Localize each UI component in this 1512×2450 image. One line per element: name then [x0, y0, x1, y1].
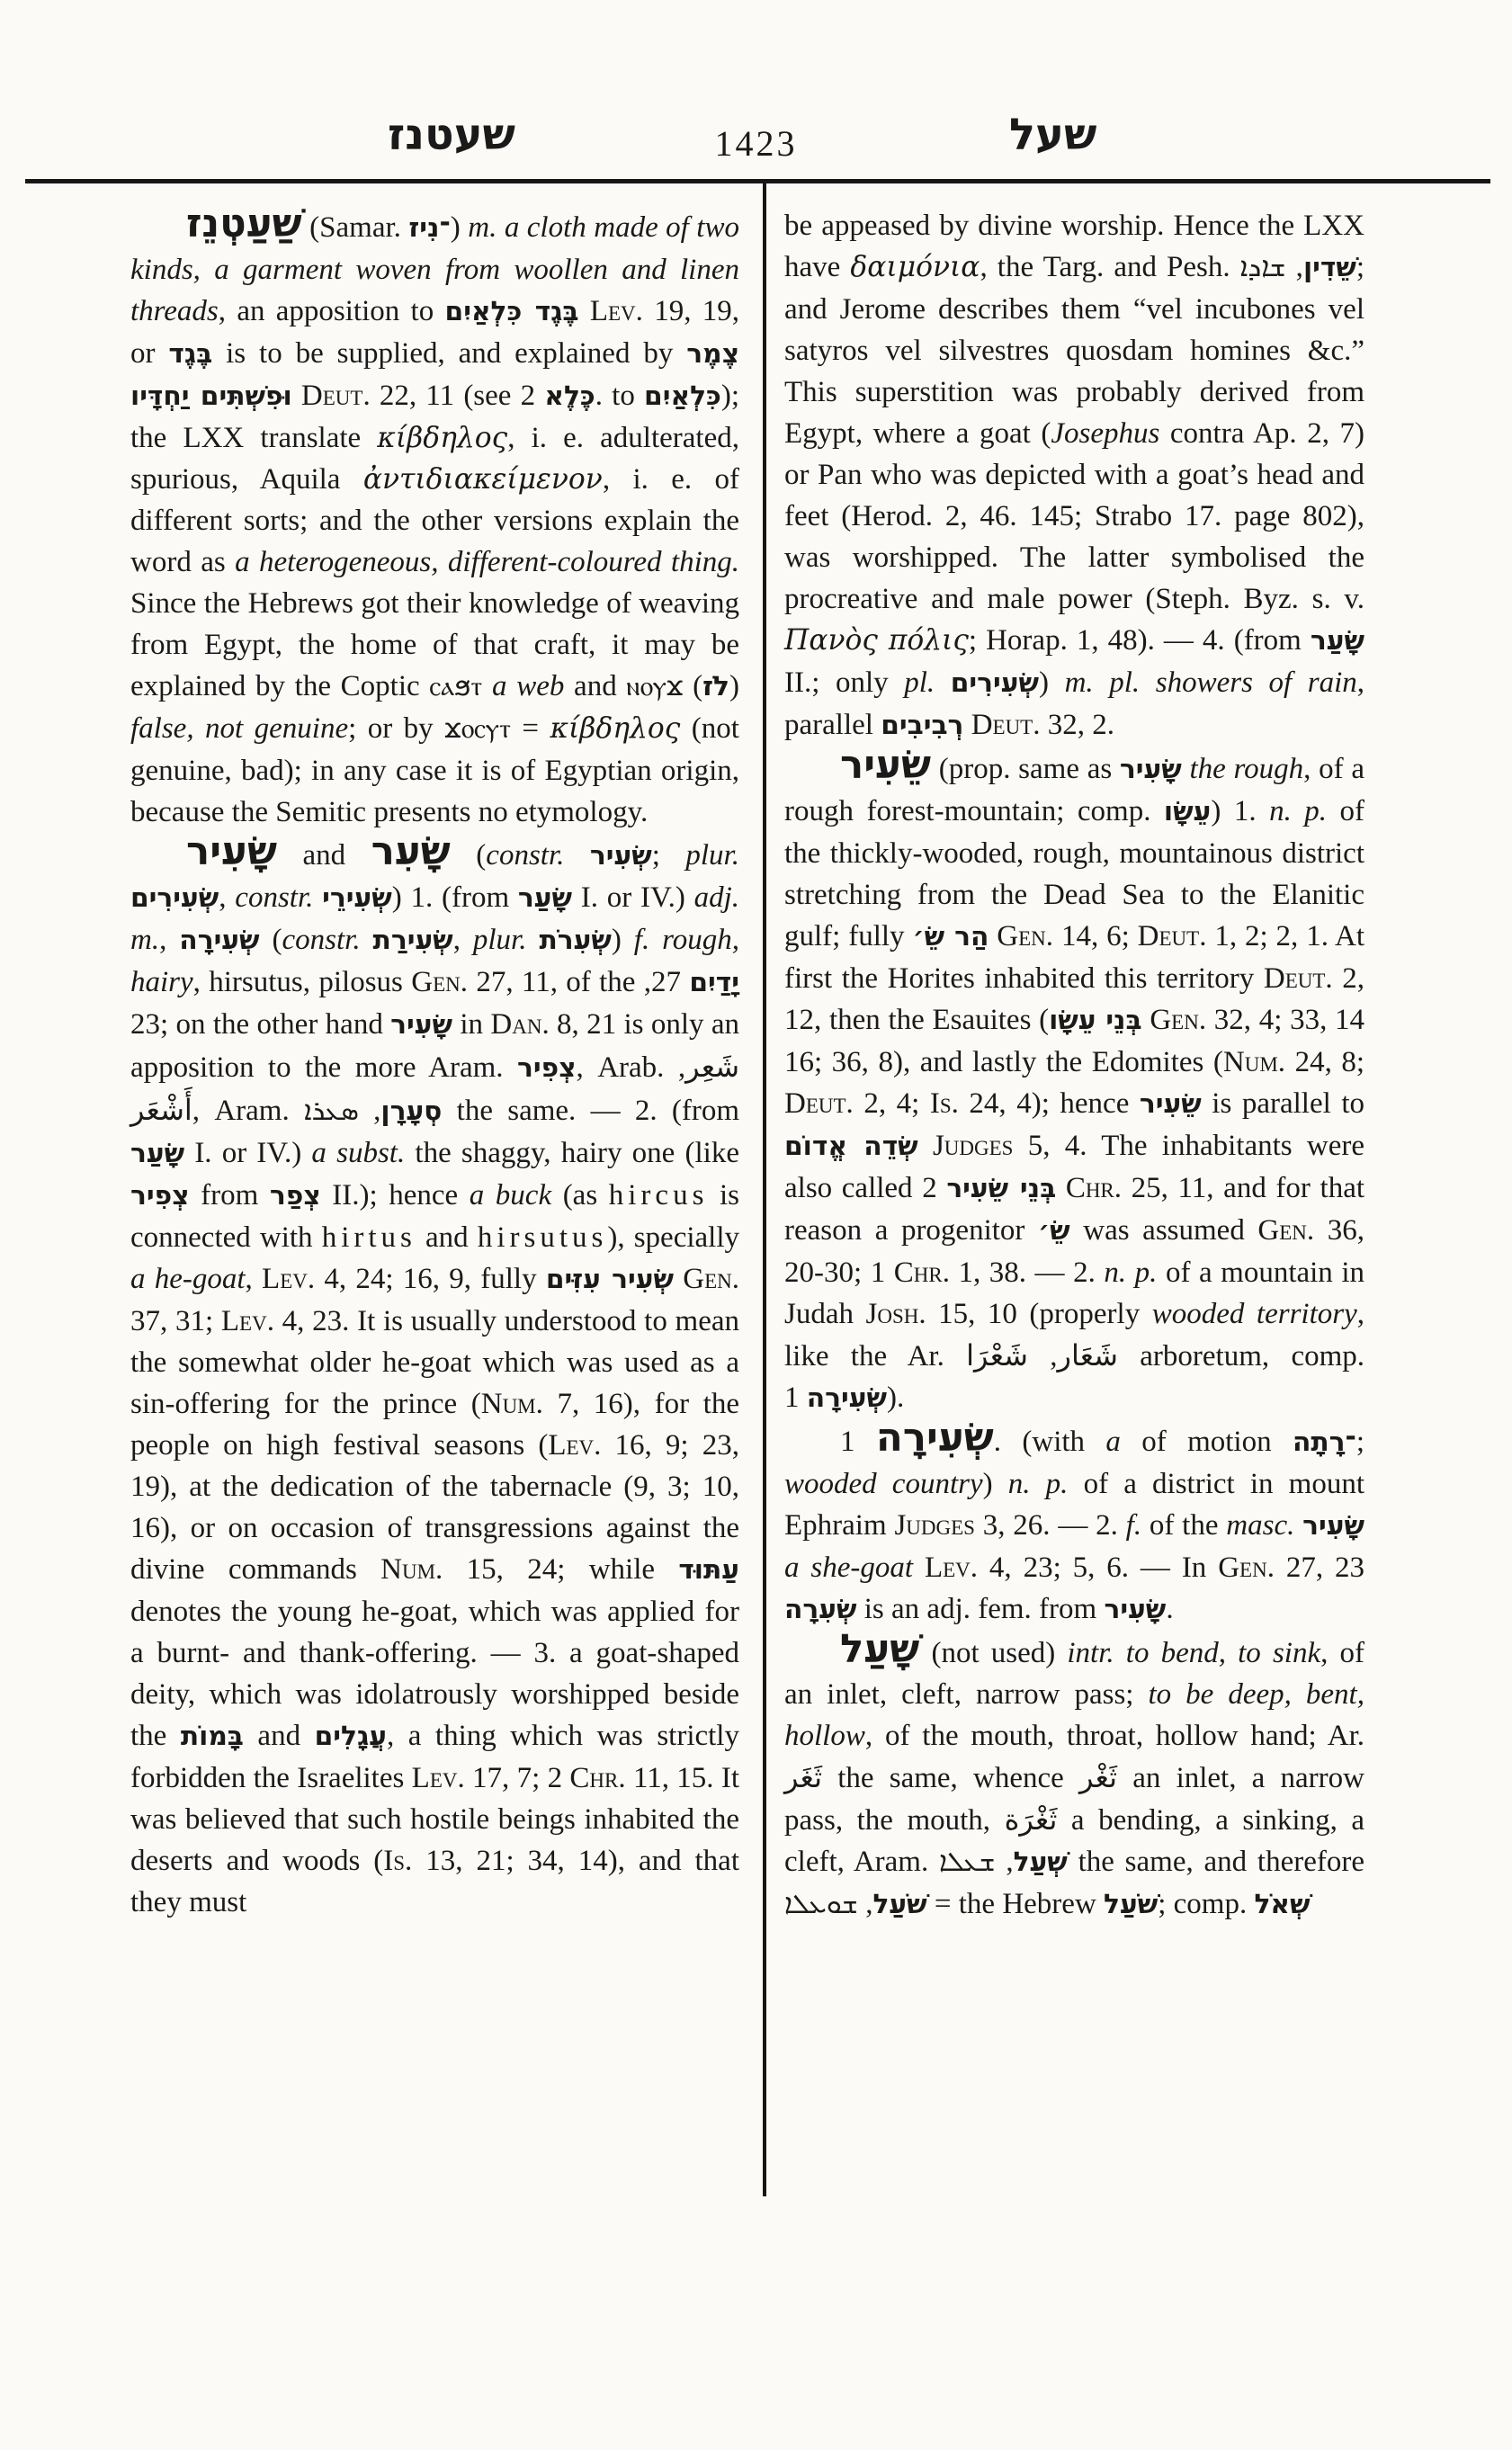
text-segment: שְׂעִירַת	[373, 925, 453, 956]
entry-shaal: שָׁעַל (not used) intr. to bend, to sink…	[784, 1631, 1364, 1926]
text-segment: ,	[1286, 251, 1303, 283]
text-segment: Chr.	[894, 1256, 950, 1289]
text-segment: ; or by	[348, 712, 444, 745]
text-segment: Chr.	[569, 1762, 625, 1794]
text-segment: arboretum, comp.	[1118, 1340, 1364, 1373]
text-segment: יָדַיִם	[689, 967, 739, 998]
text-segment: the shaggy, hairy one (like	[405, 1137, 739, 1169]
text-segment: שְׂעִירִים	[951, 667, 1039, 699]
text-segment: ⲛⲟⲩϫ	[626, 671, 683, 702]
text-segment: ϫⲟⲥⲩⲧ	[444, 713, 511, 745]
text-segment: כִּלְאַיִם	[644, 380, 721, 412]
text-segment: Gen.	[683, 1263, 739, 1295]
text-segment: (not used)	[919, 1637, 1067, 1669]
text-segment: and	[277, 839, 371, 872]
text-segment: شَعَار	[1058, 1338, 1118, 1373]
text-segment	[989, 920, 997, 952]
text-segment: Judges	[894, 1509, 975, 1542]
text-segment: a heterogeneous, different-coloured thin…	[235, 546, 739, 578]
text-segment: שֵׂ׳	[1038, 1215, 1070, 1247]
text-segment: and	[416, 1221, 478, 1254]
text-segment: 4, 23; 5, 6. — In	[978, 1551, 1218, 1584]
text-segment: is parallel to	[1202, 1087, 1364, 1120]
text-segment: 22, 11 (see	[371, 380, 521, 412]
text-segment: Gen.	[997, 920, 1053, 952]
text-segment: שֹׁעַל	[872, 1889, 926, 1920]
text-segment: ,	[159, 924, 179, 956]
text-segment: Judges	[933, 1130, 1014, 1162]
text-segment: שֵׂעִיר	[1140, 1088, 1202, 1120]
text-segment: )	[1039, 666, 1065, 699]
text-segment: the rough	[1190, 753, 1304, 785]
text-segment: , Arab.	[577, 1051, 678, 1084]
text-segment: , the Targ. and Pesh.	[980, 251, 1239, 283]
text-segment: Πανὸς πόλις	[784, 624, 969, 657]
text-segment: Chr.	[1066, 1172, 1122, 1204]
text-segment: hirtus	[322, 1221, 416, 1254]
text-segment: שְׂעִיר	[590, 840, 652, 872]
text-segment: שְׂעִיר עִזִּים	[546, 1264, 674, 1295]
text-segment: = the Hebrew	[927, 1888, 1104, 1920]
text-segment: ,	[1028, 1340, 1058, 1373]
text-segment: שָׂעִיר	[1120, 754, 1182, 785]
text-segment: ܫܘܥܠܐ	[784, 1889, 858, 1920]
text-segment: Lev.	[262, 1263, 315, 1295]
text-segment: the same, and therefore	[1068, 1846, 1364, 1878]
text-segment: שְׂעִרָה	[784, 1594, 857, 1625]
text-segment: pl.	[904, 666, 935, 699]
text-segment: in	[452, 1008, 490, 1041]
text-segment: (	[451, 839, 486, 872]
text-segment: a she-goat	[784, 1551, 913, 1584]
right-column: be appeased by divine worship. Hence the…	[784, 205, 1364, 1926]
text-segment: n. p.	[1269, 795, 1327, 827]
text-segment: סְעָרָן	[380, 1095, 442, 1127]
text-segment: (prop. same as	[931, 753, 1120, 785]
text-segment: שְׂעִירִים	[130, 882, 219, 914]
text-segment: hirsutus	[478, 1221, 608, 1254]
text-segment: Gen.	[411, 966, 468, 998]
text-segment: הַר שֵׂ׳	[912, 921, 989, 952]
text-segment: 24, 8;	[1285, 1046, 1364, 1078]
text-segment: Josh.	[866, 1298, 926, 1330]
text-segment: the same, whence	[822, 1762, 1079, 1794]
text-segment: masc.	[1226, 1509, 1294, 1542]
text-segment	[564, 839, 589, 872]
text-segment: (	[683, 670, 702, 702]
text-segment: בְּנֵי עֵשָׂו	[1049, 1005, 1142, 1036]
text-segment: n. p.	[1104, 1256, 1157, 1289]
text-segment: constr.	[235, 881, 313, 914]
text-segment: Gen.	[1257, 1214, 1314, 1247]
text-segment: ,	[246, 1263, 263, 1295]
page-number: 1423	[0, 126, 1512, 162]
text-segment	[918, 1130, 933, 1162]
text-segment: ) 1. (from	[392, 881, 518, 914]
text-segment: Lev.	[925, 1551, 978, 1584]
text-segment: ־רָתָה	[1293, 1426, 1356, 1458]
text-segment: hircus	[609, 1179, 709, 1212]
text-segment: Deut.	[784, 1087, 854, 1120]
text-segment: ἀντιδιακείμενον	[363, 463, 603, 496]
text-segment: a buck	[470, 1179, 551, 1212]
headword: שַׁעַטְנֵז	[186, 201, 302, 246]
text-segment: 15, 10 (properly	[926, 1298, 1152, 1330]
text-segment: , Aram.	[192, 1095, 304, 1127]
text-segment: שָׂעַר	[130, 1138, 184, 1169]
text-segment: ثَغَر	[784, 1760, 822, 1794]
text-segment: ثَغْر	[1079, 1760, 1117, 1794]
text-segment	[361, 924, 373, 956]
text-segment: constr.	[282, 924, 361, 956]
lexicon-page: שעטנז 1423 שעל שַׁעַטְנֵז (Samar. ־נִיז)…	[0, 0, 1512, 2450]
text-segment	[963, 709, 971, 741]
text-segment: ;	[1356, 1426, 1364, 1458]
text-segment: 1, 38. — 2.	[950, 1256, 1104, 1289]
text-segment: κίβδηλος	[550, 712, 680, 745]
entry-seirah: שְׂעִירָה 1. (with a of motion ־רָתָה; w…	[784, 1419, 1364, 1631]
text-segment: בֶּגֶד כִּלְאַיִם	[445, 296, 579, 327]
text-segment: 4, 24; 16, 9, fully	[315, 1263, 546, 1295]
text-segment: شَعِر	[685, 1050, 739, 1084]
text-segment: שְׂעִרֹת	[539, 925, 611, 956]
text-segment	[527, 924, 540, 956]
text-segment: Deut.	[301, 380, 371, 412]
text-segment: , an apposition to	[219, 295, 445, 327]
text-segment: II.; only	[784, 666, 904, 699]
text-segment: שָׂעִיר	[1302, 1510, 1364, 1542]
text-segment: Num.	[380, 1553, 443, 1586]
text-segment: 3, 26. — 2.	[975, 1509, 1126, 1542]
text-segment: Lev.	[590, 295, 643, 327]
text-segment: a web	[492, 670, 564, 702]
text-segment: is an adj. fem. from	[857, 1593, 1105, 1625]
text-segment: שָׂעִיר	[390, 1009, 452, 1041]
text-segment: צְפִיר	[517, 1052, 577, 1084]
text-segment: wooded territory	[1152, 1298, 1357, 1330]
text-segment: ,	[858, 1888, 873, 1920]
entry-shaatnez: שַׁעַטְנֵז (Samar. ־נִיז) m. a cloth mad…	[130, 205, 739, 833]
text-segment: צְפִיר	[130, 1180, 190, 1212]
text-segment: κίβδηλος	[377, 422, 507, 454]
text-segment: I. or IV.)	[184, 1137, 311, 1169]
text-segment: Lev.	[221, 1305, 274, 1337]
text-segment: ܫܐܕܐ	[1240, 252, 1286, 283]
text-segment: 14, 6;	[1053, 920, 1138, 952]
text-segment: ,	[219, 881, 235, 914]
text-segment: was assumed	[1070, 1214, 1258, 1247]
text-segment: שָׂעִיר	[1104, 1594, 1166, 1625]
text-segment: a he-goat	[130, 1263, 246, 1295]
text-segment: 27, 11, of the	[468, 966, 644, 998]
text-segment: Num.	[1223, 1046, 1285, 1078]
text-segment: Deut.	[971, 709, 1041, 741]
text-segment: a subst.	[311, 1137, 405, 1169]
headword: שֵׂעִיר	[840, 743, 931, 788]
text-segment: )	[451, 211, 468, 244]
text-segment: a	[1105, 1426, 1121, 1458]
text-segment: 32, 2.	[1040, 709, 1114, 741]
text-segment: Dan.	[490, 1008, 549, 1041]
text-segment: שְׂדֵה אֱדוֹם	[784, 1131, 918, 1162]
text-segment: II.); hence	[321, 1179, 470, 1212]
text-segment: ; Horap. 1, 48). — 4. (from	[969, 624, 1311, 657]
text-segment: plur.	[473, 924, 527, 956]
text-segment: 24, 4); hence	[959, 1087, 1140, 1120]
text-segment: ⲥⲁϧⲧ	[429, 671, 482, 702]
text-segment: ,	[359, 1095, 381, 1127]
entry-seir: שֵׂעִיר (prop. same as שָׂעִיר the rough…	[784, 747, 1364, 1419]
text-segment: ) 1.	[1211, 795, 1269, 827]
text-segment: (as	[551, 1179, 609, 1212]
left-column: שַׁעַטְנֵז (Samar. ־נִיז) m. a cloth mad…	[130, 205, 739, 1923]
text-segment: أَشْعَر	[130, 1093, 192, 1127]
text-segment: ,	[678, 1051, 685, 1084]
text-segment: شَعْرَا	[966, 1338, 1028, 1373]
text-segment: )	[983, 1468, 1008, 1500]
entry-sair: שָׂעִיר and שָׂעִר (constr. שְׂעִיר; plu…	[130, 833, 739, 1923]
text-segment: the same. — 2. (from	[442, 1095, 739, 1127]
text-segment: n. p.	[1008, 1468, 1069, 1500]
text-segment: wooded country	[784, 1468, 983, 1500]
text-segment	[482, 670, 492, 702]
headword: שְׂעִירָה	[876, 1416, 994, 1461]
text-segment: Is.	[930, 1087, 959, 1120]
text-segment: Deut.	[1264, 962, 1333, 995]
text-segment: Deut.	[1138, 920, 1207, 952]
text-segment: רְבִיבִים	[881, 710, 963, 741]
text-segment: m. pl. showers of rain	[1065, 666, 1357, 699]
text-segment: Num.	[481, 1388, 543, 1420]
text-segment: intr. to bend, to sink	[1067, 1637, 1320, 1669]
text-segment: ܫܥܠܐ	[939, 1846, 996, 1878]
text-segment: 15, 24; while	[443, 1553, 678, 1586]
text-segment: שְׁאֹל	[1254, 1889, 1310, 1920]
text-segment	[935, 666, 951, 699]
running-head-right: שעל	[1009, 113, 1096, 156]
text-segment: שָׂעַר	[518, 882, 572, 914]
text-segment: 2, 4;	[854, 1087, 930, 1120]
text-segment: I. or IV.)	[572, 881, 694, 914]
text-segment: לֹז	[702, 671, 729, 702]
text-segment: Josephus	[1051, 417, 1159, 450]
text-segment: f.	[1126, 1509, 1141, 1542]
text-segment	[674, 1263, 683, 1295]
text-segment: שְׂעִירָה	[807, 1382, 887, 1414]
text-segment: כֶּלֶא	[544, 380, 595, 412]
text-segment: Lev.	[412, 1762, 465, 1794]
entry-sair-continued: be appeased by divine worship. Hence the…	[784, 205, 1364, 747]
text-segment: , hirsutus, pilosus	[193, 966, 412, 998]
text-segment: from	[190, 1179, 270, 1212]
text-segment	[313, 881, 322, 914]
text-segment	[913, 1551, 925, 1584]
text-segment: צְפַר	[270, 1180, 321, 1212]
text-segment: עַתּוּד	[678, 1554, 739, 1586]
text-segment: בָּמוֹת	[181, 1721, 244, 1752]
text-segment: 17, 7; 2	[465, 1762, 570, 1794]
text-segment: , of the mouth, throat, hollow hand; Ar.	[865, 1720, 1364, 1752]
text-segment: (	[260, 924, 282, 956]
text-segment: Gen.	[1150, 1004, 1206, 1036]
text-segment: ثَغْرَة	[1005, 1802, 1058, 1837]
text-segment: ; comp.	[1158, 1888, 1254, 1920]
text-segment: .	[1166, 1593, 1173, 1625]
text-segment: עֵשָׂו	[1164, 796, 1211, 827]
text-segment: שְׂעִירָה	[179, 925, 259, 956]
header-rule	[25, 179, 1490, 183]
text-segment: שְׂעִירֵי	[322, 882, 392, 914]
text-segment: שָׂעַר	[1311, 625, 1364, 657]
text-segment: =	[511, 712, 550, 745]
text-segment: δαιμόνια	[850, 251, 980, 283]
text-segment: ,	[453, 924, 473, 956]
text-segment: is to be supplied, and explained by	[212, 337, 686, 370]
text-segment: Gen.	[1218, 1551, 1275, 1584]
text-segment: plur.	[685, 839, 739, 872]
text-segment: ־נִיז	[408, 212, 450, 244]
text-segment: שֵׁדִין	[1303, 252, 1356, 283]
headword: שָׁעַל	[840, 1627, 919, 1672]
text-segment: עֲגָלִים	[315, 1721, 387, 1752]
text-segment: false, not genuine	[130, 712, 348, 745]
text-segment: )	[612, 924, 634, 956]
text-segment	[292, 380, 301, 412]
text-segment: and	[244, 1720, 315, 1752]
text-segment: of the	[1141, 1509, 1226, 1542]
text-segment: ), specially	[607, 1221, 739, 1254]
text-segment: 37, 31;	[130, 1305, 221, 1337]
text-segment: שֹׁעַל	[1104, 1889, 1158, 1920]
headword: שָׂעִר	[371, 829, 451, 874]
text-segment: and	[564, 670, 626, 702]
text-segment: of motion	[1121, 1426, 1293, 1458]
text-segment: בְּנֵי שֵׂעִיר	[946, 1173, 1056, 1204]
text-segment: שְׁעַל	[1014, 1846, 1068, 1878]
text-segment: )	[729, 670, 739, 702]
text-segment: Is.	[383, 1845, 412, 1877]
text-segment: (Samar.	[302, 211, 409, 244]
text-segment: ;	[652, 839, 686, 872]
text-segment	[579, 295, 590, 327]
text-segment: ,	[996, 1846, 1014, 1878]
text-segment: constr.	[486, 839, 564, 872]
text-segment: Lev.	[548, 1429, 601, 1462]
column-divider-rule	[763, 183, 766, 2196]
text-segment	[1182, 753, 1190, 785]
text-segment: בֶּגֶד	[168, 338, 212, 370]
headword: שָׂעִיר	[186, 829, 277, 874]
text-segment	[1294, 1509, 1302, 1542]
text-segment: ܣܥܪܐ	[304, 1095, 359, 1127]
text-segment: 27, 23	[1275, 1551, 1364, 1584]
